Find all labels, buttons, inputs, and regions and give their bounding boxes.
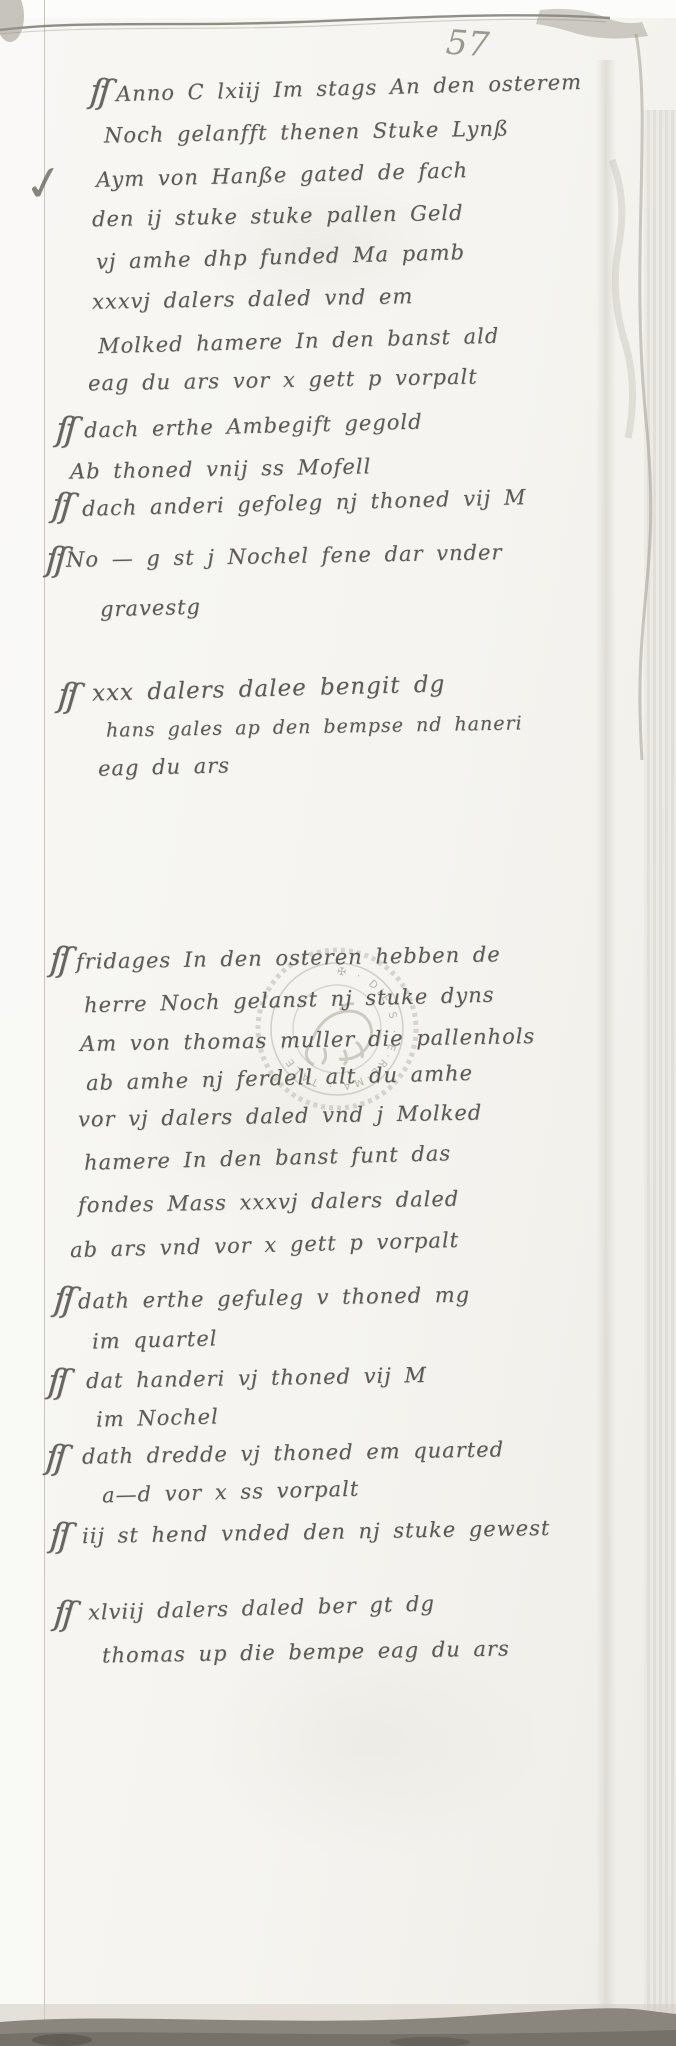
book-fore-edge xyxy=(644,110,676,2020)
background-above-page xyxy=(0,0,676,18)
paragraph-mark: ſſ xyxy=(49,1515,69,1556)
manuscript-line: eag du ars xyxy=(98,753,231,780)
folio-number: 57 xyxy=(445,23,491,66)
paragraph-mark: ſſ xyxy=(52,1279,73,1320)
paragraph-mark: ſſ xyxy=(52,1593,73,1634)
paragraph-mark: ſſ xyxy=(47,1361,67,1402)
paragraph-mark: ſſ xyxy=(56,675,77,716)
manuscript-line: im quartel xyxy=(92,1326,218,1353)
left-page-edge-strip xyxy=(0,0,45,2046)
paragraph-mark: ſſ xyxy=(88,71,109,112)
vertical-crease xyxy=(596,60,616,2020)
paragraph-mark: ſſ xyxy=(49,939,69,980)
manuscript-line: gravestg xyxy=(100,595,202,622)
manuscript-line: im Nochel xyxy=(96,1404,219,1431)
paragraph-mark: ſſ xyxy=(50,485,71,526)
paragraph-mark: ſſ xyxy=(44,1437,65,1478)
paragraph-mark: ſſ xyxy=(55,409,75,450)
paragraph-mark: ſſ xyxy=(45,539,65,580)
scanned-manuscript-photo: { "page": { "folio_number": "57", "check… xyxy=(0,0,676,2046)
